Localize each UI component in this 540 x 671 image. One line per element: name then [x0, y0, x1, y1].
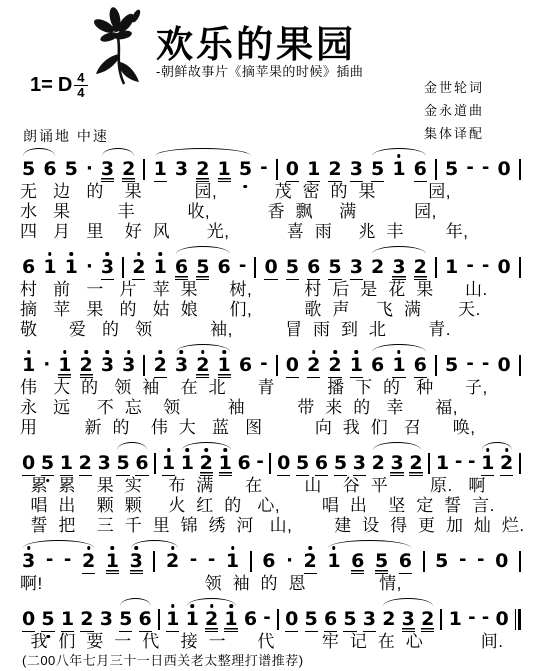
note: 6 — [244, 610, 257, 632]
note: 2 — [382, 610, 395, 632]
note: 0 — [277, 454, 290, 476]
barline — [519, 453, 521, 474]
note: 2 — [166, 552, 179, 574]
song-subtitle: -朝鲜故事片《摘苹果的时候》插曲 — [156, 61, 363, 80]
note: 0 — [22, 454, 35, 476]
barline — [154, 453, 156, 474]
note: 1 — [154, 160, 167, 182]
note: 2 — [372, 454, 385, 476]
note: 0 — [497, 258, 510, 280]
duration-dash: - — [455, 453, 462, 476]
duration-dash: - — [482, 257, 489, 280]
note: 1 — [22, 356, 35, 378]
note: 2 — [328, 160, 341, 182]
note: 6 — [414, 356, 427, 378]
augmentation-dot: · — [86, 260, 93, 280]
music-system: 611·321656-056532321--0村 前 一 片 苹 果 树, 村 … — [20, 244, 523, 340]
note: 5 — [445, 356, 458, 378]
note: 5 — [196, 258, 209, 280]
note: 3 — [101, 258, 114, 280]
time-signature: 4 4 — [74, 72, 87, 99]
note: 1 — [350, 356, 363, 378]
note: 5 — [328, 258, 341, 280]
slur-arc — [176, 246, 230, 254]
duration-dash: - — [482, 355, 489, 378]
note: 3 — [100, 610, 113, 632]
duration-dash: - — [482, 159, 489, 182]
note: 2 — [307, 356, 320, 378]
note: 3 — [175, 356, 188, 378]
note: 1 — [43, 258, 56, 280]
lyric-row: 永 远 不 忘 领 袖 带 来 的 幸 福, — [20, 398, 523, 418]
lyric-row: 伟 大 的 领 袖 在 北 青 播 下 的 种 子, — [20, 378, 523, 398]
note: 1 — [392, 356, 405, 378]
note: 5 — [239, 160, 252, 182]
note: 0 — [497, 356, 510, 378]
barline — [435, 159, 437, 180]
note: 5 — [41, 454, 54, 476]
barline — [153, 551, 155, 572]
slur-arc — [117, 442, 147, 450]
note: 3 — [122, 356, 135, 378]
tempo-marking: 朗诵地 中速 — [23, 126, 109, 146]
duration-dash: - — [263, 609, 270, 632]
music-system: 051235611216-056532321--12 累 累 果 实 布 满 在… — [20, 440, 523, 536]
duration-dash: - — [260, 159, 267, 182]
music-system: 1·123323216-02216165--0伟 大 的 领 袖 在 北 青 播… — [20, 342, 523, 438]
duration-dash: - — [46, 551, 53, 574]
slur-arc — [482, 442, 512, 450]
barline — [143, 159, 145, 180]
note: 6 — [175, 258, 188, 280]
note: 2 — [328, 356, 341, 378]
duration-dash: - — [466, 257, 473, 280]
note: 1 — [106, 552, 119, 574]
note: 5 — [375, 552, 388, 574]
lyric-row: 誓 把 三 千 里 锦 绣 河 山, 建 设 得 更 加 灿 烂. — [20, 516, 523, 536]
augmentation-dot: · — [86, 162, 93, 182]
note: 3 — [98, 454, 111, 476]
note: 2 — [421, 610, 434, 632]
barline — [519, 159, 521, 180]
note: 6 — [135, 454, 148, 476]
score-area: 565·3213215-01235165--0无 边 的 果 园, 茂 密 的 … — [20, 146, 523, 654]
note: 5 — [371, 160, 384, 182]
slur-arc — [23, 540, 94, 548]
note: 3 — [402, 610, 415, 632]
duration-dash: - — [466, 159, 473, 182]
note: 3 — [175, 160, 188, 182]
note: 1 — [61, 610, 74, 632]
barline — [519, 257, 521, 278]
notation-line: 051235611216-056532321--12 — [20, 440, 523, 476]
note: 6 — [43, 160, 56, 182]
note: 6 — [414, 160, 427, 182]
music-system: 3--2132--16·216565--0啊! 领 袖 的 恩 情, — [20, 538, 523, 594]
barline — [435, 257, 437, 278]
augmentation-dot: · — [286, 554, 293, 574]
duration-dash: - — [466, 355, 473, 378]
note: 1 — [154, 258, 167, 280]
composer-credit: 金永道曲 — [424, 99, 484, 122]
notation-line: 565·3213215-01235165--0 — [20, 146, 523, 182]
note: 5 — [116, 454, 129, 476]
lyric-row: 用 新 的 伟 大 蓝 图 向 我 们 召 唤, — [20, 418, 523, 438]
note: 0 — [264, 258, 277, 280]
slur-arc — [372, 148, 426, 156]
note: 6 — [324, 610, 337, 632]
duration-dash: - — [477, 551, 484, 574]
meter-denominator: 4 — [77, 86, 84, 99]
lyric-row: 唱 出 颗 颗 火 红 的 心, 唱 出 坚 定 誓 言. — [20, 496, 523, 516]
note: 1 — [65, 258, 78, 280]
note: 1 — [58, 356, 71, 378]
note: 2 — [80, 610, 93, 632]
note: 1 — [218, 160, 231, 182]
notation-line: 3--2132--16·216565--0 — [20, 538, 523, 574]
note: 5 — [65, 160, 78, 182]
duration-dash: - — [64, 551, 71, 574]
note: 5 — [286, 258, 299, 280]
duration-dash: - — [190, 551, 197, 574]
note: 6 — [399, 552, 412, 574]
note: 3 — [130, 552, 143, 574]
duration-dash: - — [482, 609, 489, 632]
augmentation-dot: · — [43, 358, 50, 378]
slur-arc — [372, 246, 426, 254]
note: 1 — [162, 454, 175, 476]
note: 2 — [196, 356, 209, 378]
note: 6 — [307, 258, 320, 280]
note: 6 — [239, 356, 252, 378]
barline — [519, 355, 521, 376]
footer-note: (二00八年七月三十一日西关老太整理打谱推荐) — [22, 650, 304, 669]
barline — [143, 355, 145, 376]
lyric-row: 水 果 丰 收, 香 飘 满 园, — [20, 202, 523, 222]
note: 1 — [307, 160, 320, 182]
note: 6 — [351, 552, 364, 574]
slur-arc — [328, 540, 411, 548]
note: 0 — [495, 610, 508, 632]
duration-dash: - — [468, 453, 475, 476]
note: 5 — [296, 454, 309, 476]
note: 1 — [445, 258, 458, 280]
note: 2 — [409, 454, 422, 476]
note: 3 — [392, 258, 405, 280]
note: 6 — [262, 552, 275, 574]
note: 0 — [286, 356, 299, 378]
duration-dash: - — [459, 551, 466, 574]
lyric-row: 村 前 一 片 苹 果 树, 村 后 是 花 果 山. — [20, 280, 523, 300]
note: 5 — [445, 160, 458, 182]
note: 1 — [186, 610, 199, 632]
note: 5 — [41, 610, 54, 632]
barline — [440, 609, 442, 630]
barline — [519, 551, 521, 572]
music-system: 565·3213215-01235165--0无 边 的 果 园, 茂 密 的 … — [20, 146, 523, 242]
note: 0 — [286, 160, 299, 182]
note: 1 — [224, 610, 237, 632]
note: 3 — [101, 356, 114, 378]
lyric-row: 啊! 领 袖 的 恩 情, — [20, 574, 523, 594]
music-system: 051235611216-056532321--0 我 们 要 一 代 接 一 … — [20, 596, 523, 652]
note: 5 — [435, 552, 448, 574]
slur-arc — [102, 148, 134, 156]
slur-arc — [120, 598, 151, 606]
note: 6 — [371, 356, 384, 378]
barline — [276, 355, 278, 376]
key-letter: D — [58, 74, 72, 97]
note: 2 — [414, 258, 427, 280]
slur-arc — [131, 540, 178, 548]
note: 2 — [82, 552, 95, 574]
barline — [269, 453, 271, 474]
key-prefix: 1= — [30, 74, 53, 97]
meter-numerator: 4 — [74, 72, 87, 86]
notation-line: 051235611216-056532321--0 — [20, 596, 523, 632]
duration-dash: - — [239, 257, 246, 280]
note: 6 — [218, 258, 231, 280]
note: 1 — [436, 454, 449, 476]
note: 1 — [481, 454, 494, 476]
note: 1 — [449, 610, 462, 632]
duration-dash: - — [468, 609, 475, 632]
note: 3 — [353, 454, 366, 476]
duration-dash: - — [260, 355, 267, 378]
note: 2 — [500, 454, 513, 476]
note: 2 — [154, 356, 167, 378]
lyric-row: 敬 爱 的 领 袖, 冒 雨 到 北 青. — [20, 320, 523, 340]
note: 6 — [139, 610, 152, 632]
note: 1 — [181, 454, 194, 476]
note: 2 — [304, 552, 317, 574]
sheet-music-page: 欢乐的果园 -朝鲜故事片《摘苹果的时候》插曲 1= D 4 4 金世轮词 金永道… — [0, 0, 540, 671]
note: 0 — [497, 160, 510, 182]
note: 5 — [119, 610, 132, 632]
note: 2 — [205, 610, 218, 632]
note: 1 — [219, 454, 232, 476]
note: 1 — [327, 552, 340, 574]
note: 0 — [285, 610, 298, 632]
barline — [122, 257, 124, 278]
slur-arc — [23, 148, 55, 156]
slur-arc — [372, 344, 426, 352]
slur-arc — [155, 148, 251, 156]
song-title: 欢乐的果园 — [156, 14, 356, 68]
lyric-row: 累 累 果 实 布 满 在 山 谷 平 原. 啊 — [20, 476, 523, 496]
barline — [428, 453, 430, 474]
note: 2 — [371, 258, 384, 280]
note: 3 — [101, 160, 114, 182]
barline — [158, 609, 160, 630]
note: 5 — [22, 160, 35, 182]
note: 1 — [218, 356, 231, 378]
slur-arc — [176, 344, 230, 352]
slur-arc — [373, 442, 421, 450]
barline — [435, 355, 437, 376]
slur-arc — [187, 598, 236, 606]
note: 2 — [196, 160, 209, 182]
note: 2 — [122, 160, 135, 182]
barline — [250, 551, 252, 572]
flower-icon — [84, 6, 156, 86]
translator-credit: 集体译配 — [424, 122, 484, 145]
credits-block: 金世轮词 金永道曲 集体译配 — [424, 76, 484, 145]
barline — [276, 159, 278, 180]
note: 3 — [390, 454, 403, 476]
note: 6 — [315, 454, 328, 476]
note: 6 — [237, 454, 250, 476]
note: 1 — [166, 610, 179, 632]
note: 2 — [132, 258, 145, 280]
note: 3 — [363, 610, 376, 632]
slur-arc — [182, 442, 231, 450]
duration-dash: - — [208, 551, 215, 574]
notation-line: 611·321656-056532321--0 — [20, 244, 523, 280]
note: 6 — [22, 258, 35, 280]
note: 1 — [226, 552, 239, 574]
note: 3 — [350, 258, 363, 280]
duration-dash: - — [256, 453, 263, 476]
note: 1 — [60, 454, 73, 476]
note: 2 — [79, 454, 92, 476]
barline — [515, 609, 521, 630]
note: 2 — [80, 356, 93, 378]
lyric-row: 我 们 要 一 代 接 一 代 牢 记 在 心 间. — [20, 632, 523, 652]
note: 0 — [495, 552, 508, 574]
slur-arc — [383, 598, 433, 606]
barline — [423, 551, 425, 572]
note: 1 — [392, 160, 405, 182]
lyricist-credit: 金世轮词 — [424, 76, 484, 99]
barline — [277, 609, 279, 630]
note: 5 — [343, 610, 356, 632]
note: 2 — [200, 454, 213, 476]
note: 3 — [350, 160, 363, 182]
lyric-row: 四 月 里 好 风 光, 喜 雨 兆 丰 年, — [20, 222, 523, 242]
lyric-row: 摘 苹 果 的 姑 娘 们, 歌 声 飞 满 天. — [20, 300, 523, 320]
notation-line: 1·123323216-02216165--0 — [20, 342, 523, 378]
lyric-row: 无 边 的 果 园, 茂 密 的 果 园, — [20, 182, 523, 202]
note: 5 — [305, 610, 318, 632]
key-signature: 1= D 4 4 — [30, 72, 88, 99]
note: 0 — [22, 610, 35, 632]
barline — [254, 257, 256, 278]
note: 3 — [22, 552, 35, 574]
note: 5 — [334, 454, 347, 476]
